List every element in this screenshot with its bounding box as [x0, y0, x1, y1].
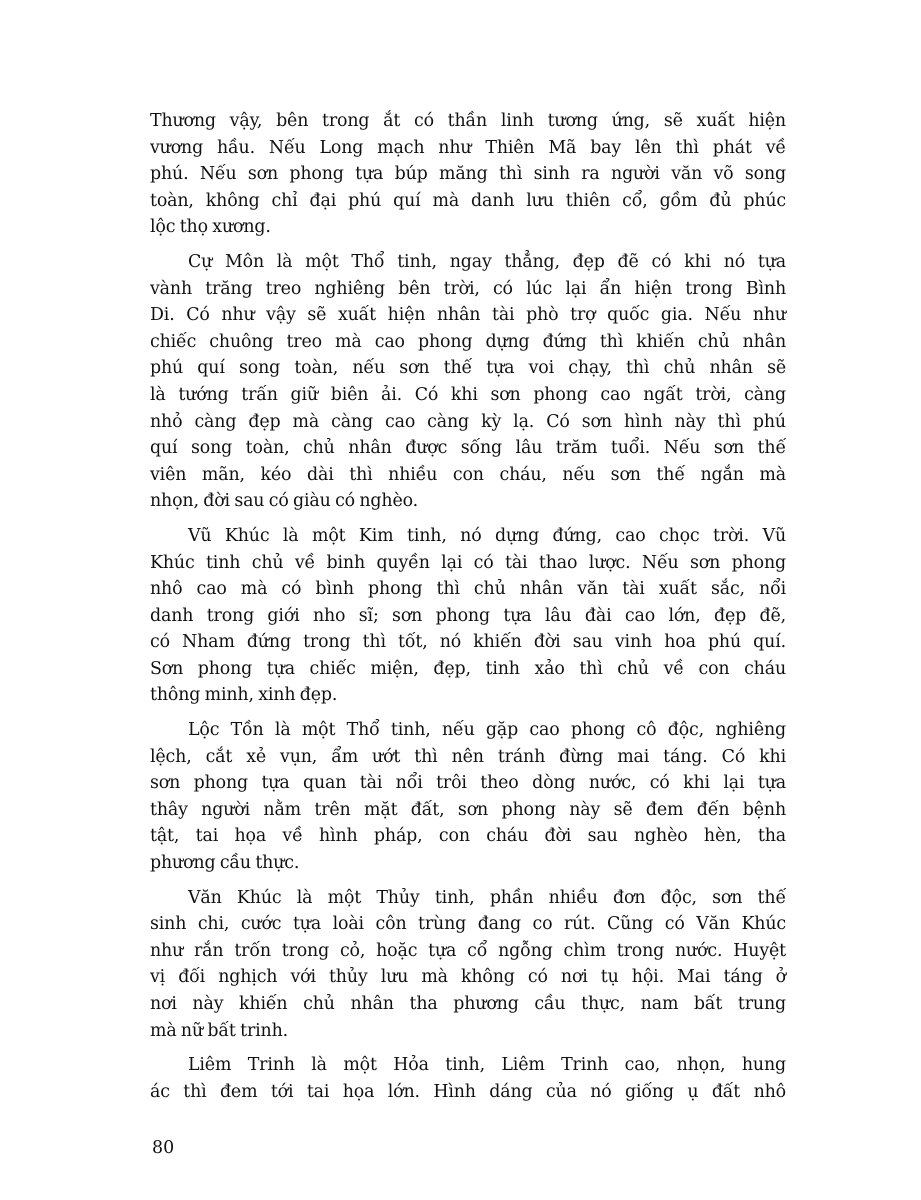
text-line: ác thì đem tới tai họa lớn. Hình dáng củ…	[150, 1079, 786, 1106]
text-line: lộc thọ xương.	[150, 214, 786, 241]
paragraph-1: Thương vậy, bên trong ắt có thần linh tư…	[150, 108, 786, 241]
text-line: nhỏ càng đẹp mà càng cao càng kỳ lạ. Có …	[150, 409, 786, 436]
text-line: nhọn, đời sau có giàu có nghèo.	[150, 488, 786, 515]
text-line: có Nham đứng trong thì tốt, nó khiến đời…	[150, 629, 786, 656]
paragraph-van-khuc: Văn Khúc là một Thủy tinh, phần nhiều đơ…	[150, 885, 786, 1045]
text-line: như rắn trốn trong cỏ, hoặc tựa cổ ngỗng…	[150, 938, 786, 965]
text-line: mà nữ bất trinh.	[150, 1018, 786, 1045]
text-line: Khúc tinh chủ về binh quyền lại có tài t…	[150, 550, 786, 577]
text-line: lệch, cắt xẻ vụn, ẩm ướt thì nên tránh đ…	[150, 744, 786, 771]
text-line: tật, tai họa về hình pháp, con cháu đời …	[150, 823, 786, 850]
text-line: toàn, không chỉ đại phú quí mà danh lưu …	[150, 188, 786, 215]
text-line: Di. Có như vậy sẽ xuất hiện nhân tài phò…	[150, 302, 786, 329]
text-line: vành trăng treo nghiêng bên trời, có lúc…	[150, 276, 786, 303]
text-line: thây người nằm trên mặt đất, sơn phong n…	[150, 797, 786, 824]
paragraph-liem-trinh: Liêm Trinh là một Hỏa tinh, Liêm Trinh c…	[150, 1052, 786, 1105]
text-line: là tướng trấn giữ biên ải. Có khi sơn ph…	[150, 382, 786, 409]
text-line: quí song toàn, chủ nhân được sống lâu tr…	[150, 435, 786, 462]
text-line: sơn phong tựa quan tài nổi trôi theo dòn…	[150, 770, 786, 797]
text-line: chiếc chuông treo mà cao phong dựng đứng…	[150, 329, 786, 356]
text-line: sinh chi, cước tựa loài côn trùng đang c…	[150, 911, 786, 938]
paragraph-cu-mon: Cự Môn là một Thổ tinh, ngay thẳng, đẹp …	[150, 249, 786, 515]
text-line: danh trong giới nho sĩ; sơn phong tựa lâ…	[150, 603, 786, 630]
paragraph-vu-khuc: Vũ Khúc là một Kim tinh, nó dựng đứng, c…	[150, 523, 786, 709]
text-line: phú quí song toàn, nếu sơn thế tựa voi c…	[150, 355, 786, 382]
text-line: Lộc Tồn là một Thổ tinh, nếu gặp cao pho…	[150, 717, 786, 744]
text-line: Vũ Khúc là một Kim tinh, nó dựng đứng, c…	[150, 523, 786, 550]
text-line: Liêm Trinh là một Hỏa tinh, Liêm Trinh c…	[150, 1052, 786, 1079]
text-line: phương cầu thực.	[150, 850, 786, 877]
text-line: vị đối nghịch với thủy lưu mà không có n…	[150, 964, 786, 991]
text-line: nhô cao mà có bình phong thì chủ nhân vă…	[150, 576, 786, 603]
text-line: Cự Môn là một Thổ tinh, ngay thẳng, đẹp …	[150, 249, 786, 276]
text-line: Sơn phong tựa chiếc miện, đẹp, tinh xảo …	[150, 656, 786, 683]
page-number: 80	[152, 1138, 174, 1158]
text-line: vương hầu. Nếu Long mạch như Thiên Mã ba…	[150, 135, 786, 162]
text-line: thông minh, xinh đẹp.	[150, 682, 786, 709]
text-line: phú. Nếu sơn phong tựa búp măng thì sinh…	[150, 161, 786, 188]
text-line: Văn Khúc là một Thủy tinh, phần nhiều đơ…	[150, 885, 786, 912]
text-line: nơi này khiến chủ nhân tha phương cầu th…	[150, 991, 786, 1018]
page-body: Thương vậy, bên trong ắt có thần linh tư…	[150, 108, 786, 1113]
text-line: Thương vậy, bên trong ắt có thần linh tư…	[150, 108, 786, 135]
paragraph-loc-ton: Lộc Tồn là một Thổ tinh, nếu gặp cao pho…	[150, 717, 786, 877]
text-line: viên mãn, kéo dài thì nhiều con cháu, nế…	[150, 462, 786, 489]
